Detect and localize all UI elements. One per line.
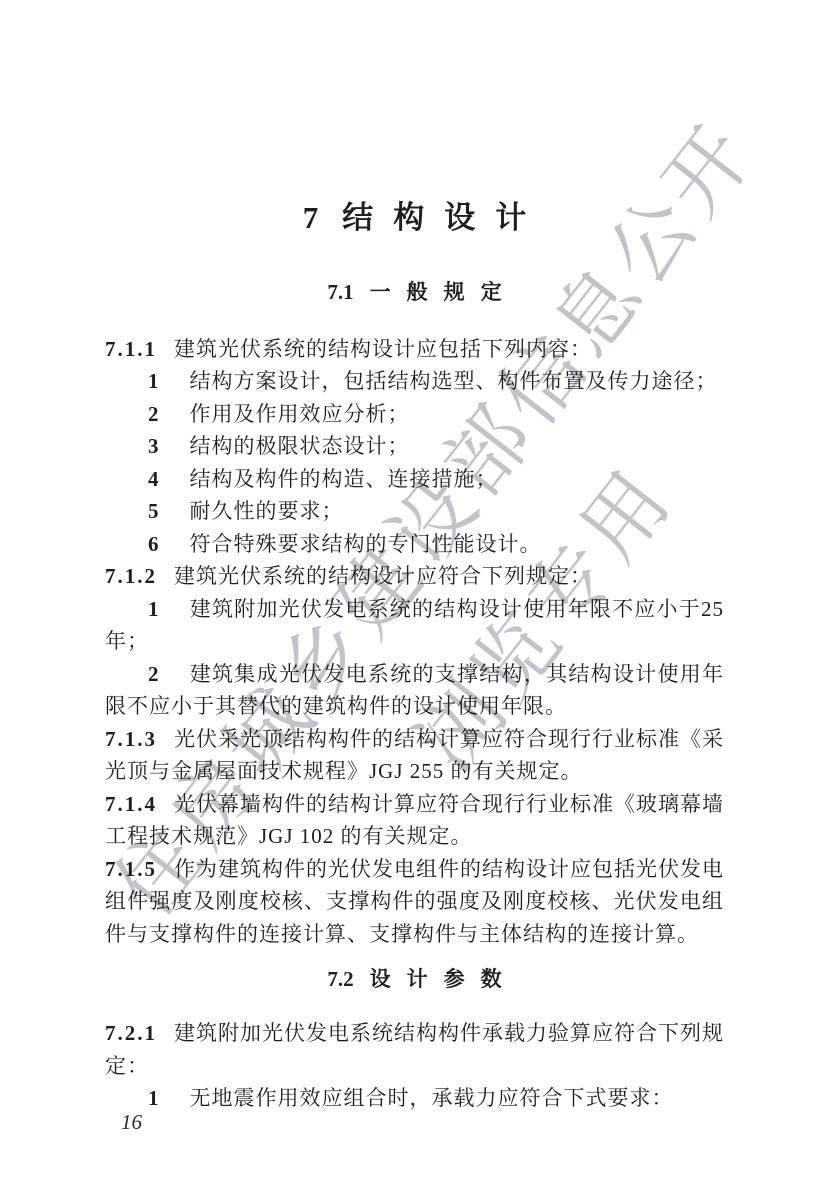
item-number: 4 — [148, 467, 160, 491]
section-number-7-1: 7.1 — [327, 280, 353, 304]
clause-number: 7.1.5 — [105, 857, 157, 881]
item-number: 2 — [148, 662, 160, 686]
list-item-7-1-1-4: 4结构及构件的构造、连接措施； — [105, 463, 724, 496]
clause-number: 7.1.4 — [105, 792, 157, 816]
clause-text: 光伏幕墙构件的结构计算应符合现行行业标准《玻璃幕墙工程技术规范》JGJ 102 … — [105, 792, 724, 849]
chapter-heading: 7结构设计 — [105, 198, 724, 238]
clause-7-1-3: 7.1.3光伏采光顶结构构件的结构计算应符合现行行业标准《采光顶与金属屋面技术规… — [105, 723, 724, 788]
item-number: 5 — [148, 499, 160, 523]
document-page: 住房城乡建设部信息公开 浏览专用 7结构设计 7.1一般规定 7.1.1建筑光伏… — [0, 0, 828, 1198]
section-number-7-2: 7.2 — [327, 967, 353, 991]
item-number: 1 — [148, 597, 160, 621]
page-number: 16 — [121, 1110, 142, 1135]
item-text: 建筑集成光伏发电系统的支撑结构，其结构设计使用年限不应小于其替代的建筑构件的设计… — [105, 662, 724, 719]
clause-7-1-1: 7.1.1建筑光伏系统的结构设计应包括下列内容： — [105, 333, 724, 366]
page-content: 7结构设计 7.1一般规定 7.1.1建筑光伏系统的结构设计应包括下列内容： 1… — [105, 0, 724, 1115]
item-text: 符合特殊要求结构的专门性能设计。 — [190, 532, 542, 556]
clause-text: 建筑光伏系统的结构设计应符合下列规定： — [174, 564, 592, 588]
chapter-number: 7 — [303, 200, 319, 235]
clause-text: 光伏采光顶结构构件的结构计算应符合现行行业标准《采光顶与金属屋面技术规程》JGJ… — [105, 727, 724, 784]
item-number: 6 — [148, 532, 160, 556]
section-heading-7-2: 7.2设计参数 — [105, 965, 724, 993]
list-item-7-1-1-1: 1结构方案设计，包括结构选型、构件布置及传力途径； — [105, 365, 724, 398]
list-item-7-1-1-6: 6符合特殊要求结构的专门性能设计。 — [105, 528, 724, 561]
item-text: 建筑附加光伏发电系统的结构设计使用年限不应小于25 年； — [105, 597, 724, 654]
item-number: 3 — [148, 434, 160, 458]
clause-7-1-4: 7.1.4光伏幕墙构件的结构计算应符合现行行业标准《玻璃幕墙工程技术规范》JGJ… — [105, 788, 724, 853]
list-item-7-1-2-1: 1建筑附加光伏发电系统的结构设计使用年限不应小于25 年； — [105, 593, 724, 658]
item-number: 1 — [148, 1086, 160, 1110]
item-text: 结构的极限状态设计； — [190, 434, 410, 458]
list-item-7-1-1-3: 3结构的极限状态设计； — [105, 430, 724, 463]
item-text: 结构方案设计，包括结构选型、构件布置及传力途径； — [190, 369, 718, 393]
item-text: 无地震作用效应组合时，承载力应符合下式要求： — [190, 1086, 674, 1110]
list-item-7-1-2-2: 2建筑集成光伏发电系统的支撑结构，其结构设计使用年限不应小于其替代的建筑构件的设… — [105, 658, 724, 723]
item-text: 结构及构件的构造、连接措施； — [190, 467, 498, 491]
chapter-title-text: 结构设计 — [342, 200, 546, 235]
list-item-7-2-1-1: 1无地震作用效应组合时，承载力应符合下式要求： — [105, 1082, 724, 1115]
item-text: 作用及作用效应分析； — [190, 402, 410, 426]
clause-number: 7.1.2 — [105, 564, 157, 588]
clause-number: 7.1.1 — [105, 337, 157, 361]
list-item-7-1-1-5: 5耐久性的要求； — [105, 495, 724, 528]
clause-7-1-5: 7.1.5作为建筑构件的光伏发电组件的结构设计应包括光伏发电组件强度及刚度校核、… — [105, 853, 724, 951]
clause-text: 作为建筑构件的光伏发电组件的结构设计应包括光伏发电组件强度及刚度校核、支撑构件的… — [105, 857, 724, 946]
clause-text: 建筑附加光伏发电系统结构构件承载力验算应符合下列规定： — [105, 1021, 724, 1078]
item-number: 2 — [148, 402, 160, 426]
section-title-text-7-1: 一般规定 — [370, 280, 518, 304]
list-item-7-1-1-2: 2作用及作用效应分析； — [105, 398, 724, 431]
clause-text: 建筑光伏系统的结构设计应包括下列内容： — [174, 337, 592, 361]
item-number: 1 — [148, 369, 160, 393]
section-title-text-7-2: 设计参数 — [370, 967, 518, 991]
clause-number: 7.2.1 — [105, 1021, 157, 1045]
clause-7-1-2: 7.1.2建筑光伏系统的结构设计应符合下列规定： — [105, 560, 724, 593]
clause-number: 7.1.3 — [105, 727, 157, 751]
section-heading-7-1: 7.1一般规定 — [105, 278, 724, 306]
item-text: 耐久性的要求； — [190, 499, 344, 523]
clause-7-2-1: 7.2.1建筑附加光伏发电系统结构构件承载力验算应符合下列规定： — [105, 1017, 724, 1082]
